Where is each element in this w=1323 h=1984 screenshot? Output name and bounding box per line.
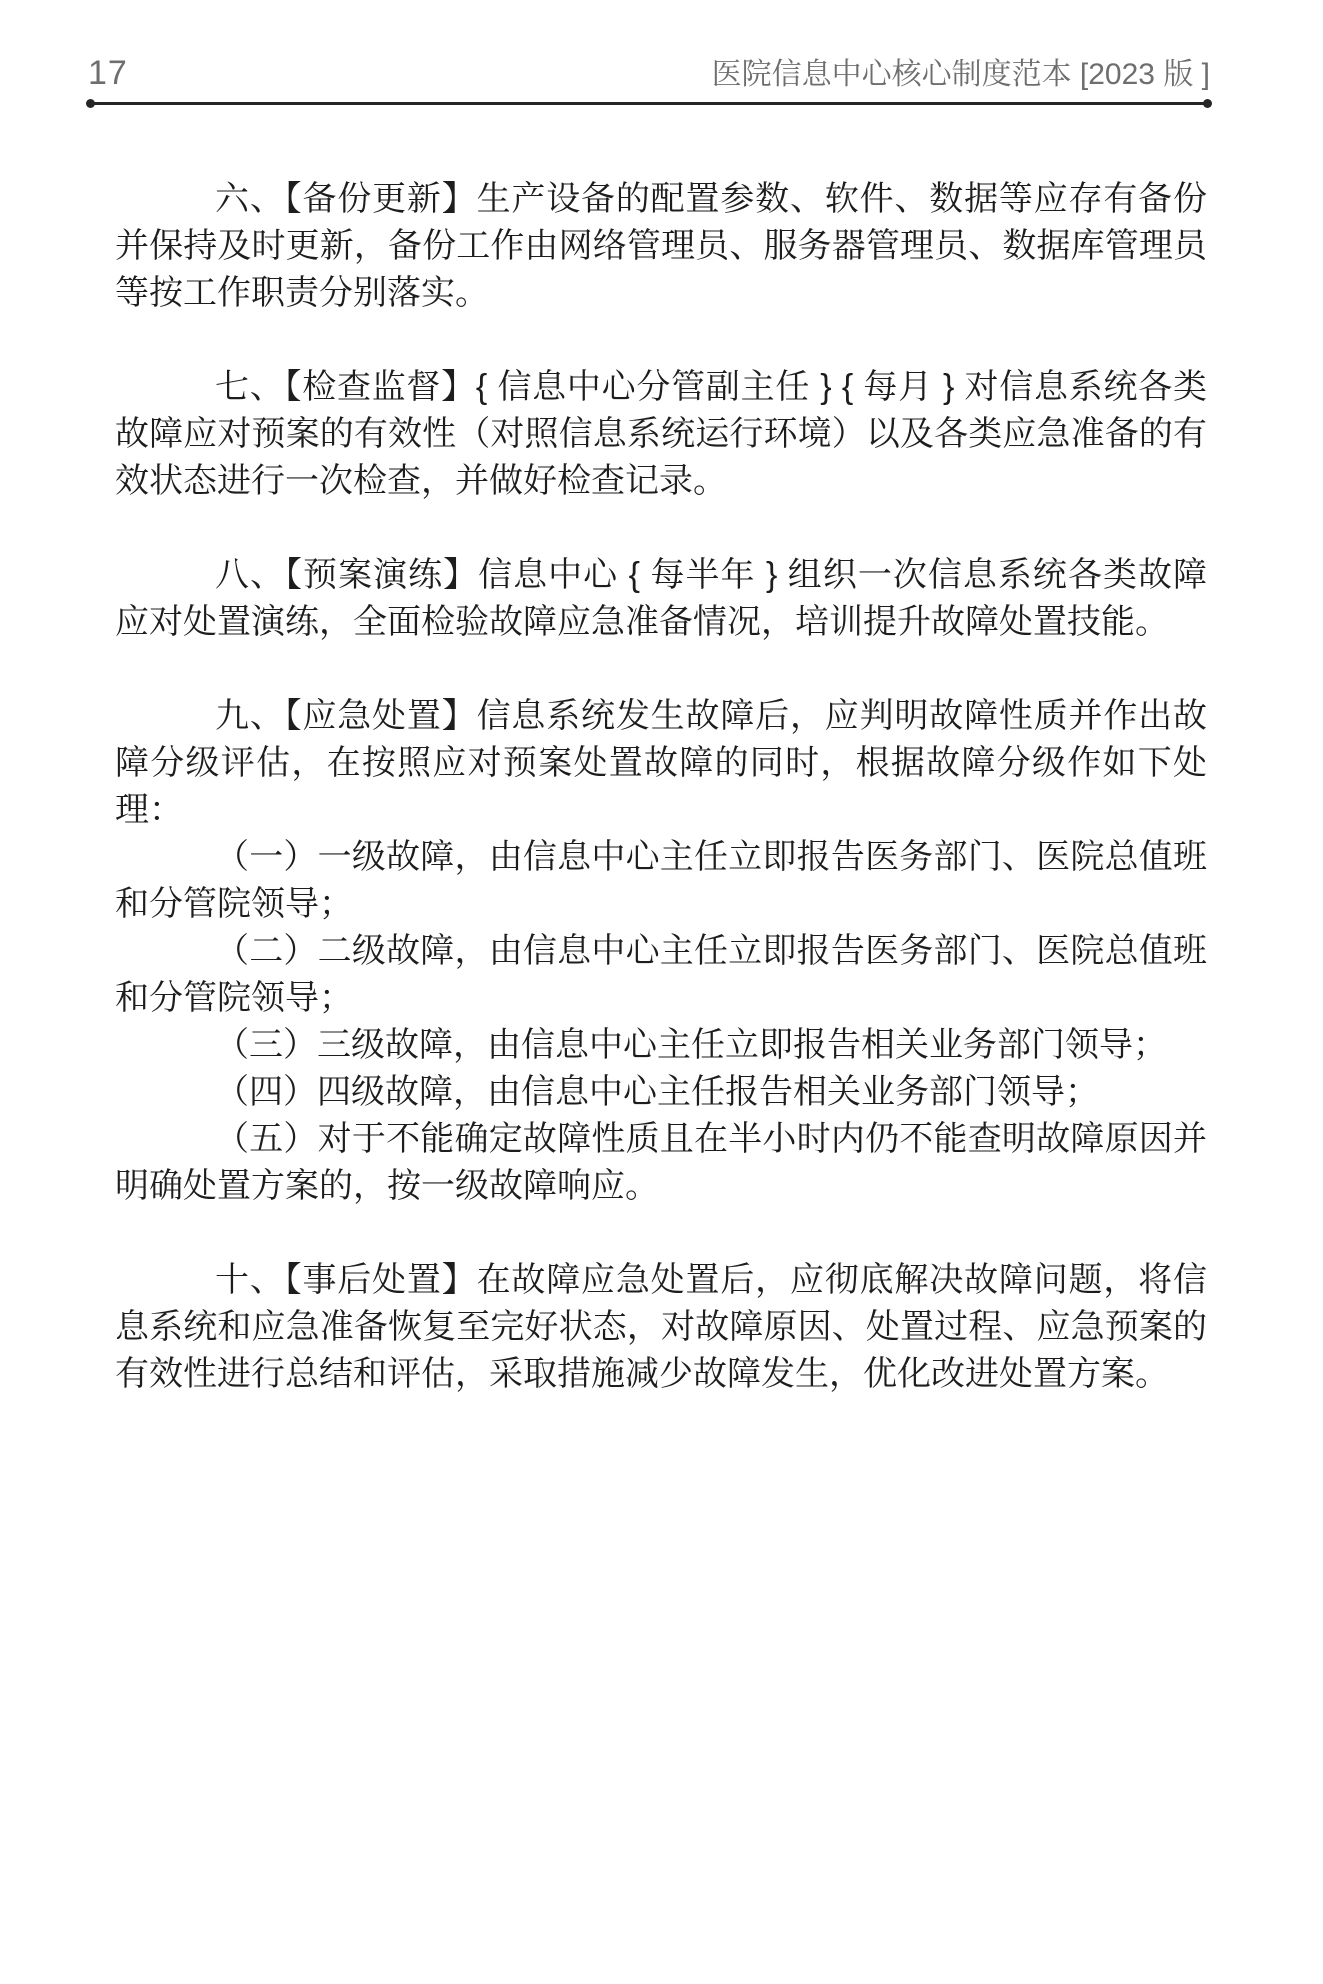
header-row: 17 医院信息中心核心制度范本 [2023 版 ]	[88, 56, 1210, 90]
page-header: 17 医院信息中心核心制度范本 [2023 版 ]	[88, 56, 1210, 105]
clause-emergency-item-1: （一）一级故障，由信息中心主任立即报告医务部门、医院总值班和分管院领导；	[115, 834, 1207, 928]
clause-emergency-item-4: （四）四级故障，由信息中心主任报告相关业务部门领导；	[115, 1069, 1207, 1116]
clause-emergency-item-2: （二）二级故障，由信息中心主任立即报告医务部门、医院总值班和分管院领导；	[115, 928, 1207, 1022]
clause-emergency-item-3: （三）三级故障，由信息中心主任立即报告相关业务部门领导；	[115, 1022, 1207, 1069]
header-title: 医院信息中心核心制度范本 [2023 版 ]	[712, 60, 1210, 90]
clause-backup-update: 六、【备份更新】生产设备的配置参数、软件、数据等应存有备份并保持及时更新，备份工…	[115, 176, 1207, 317]
document-body: 六、【备份更新】生产设备的配置参数、软件、数据等应存有备份并保持及时更新，备份工…	[115, 176, 1207, 1398]
page-number: 17	[88, 56, 128, 90]
clause-emergency-response-intro: 九、【应急处置】信息系统发生故障后，应判明故障性质并作出故障分级评估，在按照应对…	[115, 693, 1207, 834]
clause-aftermath: 十、【事后处置】在故障应急处置后，应彻底解决故障问题，将信息系统和应急准备恢复至…	[115, 1257, 1207, 1398]
clause-plan-drill: 八、【预案演练】信息中心 { 每半年 } 组织一次信息系统各类故障应对处置演练，…	[115, 552, 1207, 646]
clause-emergency-item-5: （五）对于不能确定故障性质且在半小时内仍不能查明故障原因并明确处置方案的，按一级…	[115, 1116, 1207, 1210]
clause-inspection-supervision: 七、【检查监督】{ 信息中心分管副主任 } { 每月 } 对信息系统各类故障应对…	[115, 364, 1207, 505]
header-rule	[88, 102, 1210, 105]
